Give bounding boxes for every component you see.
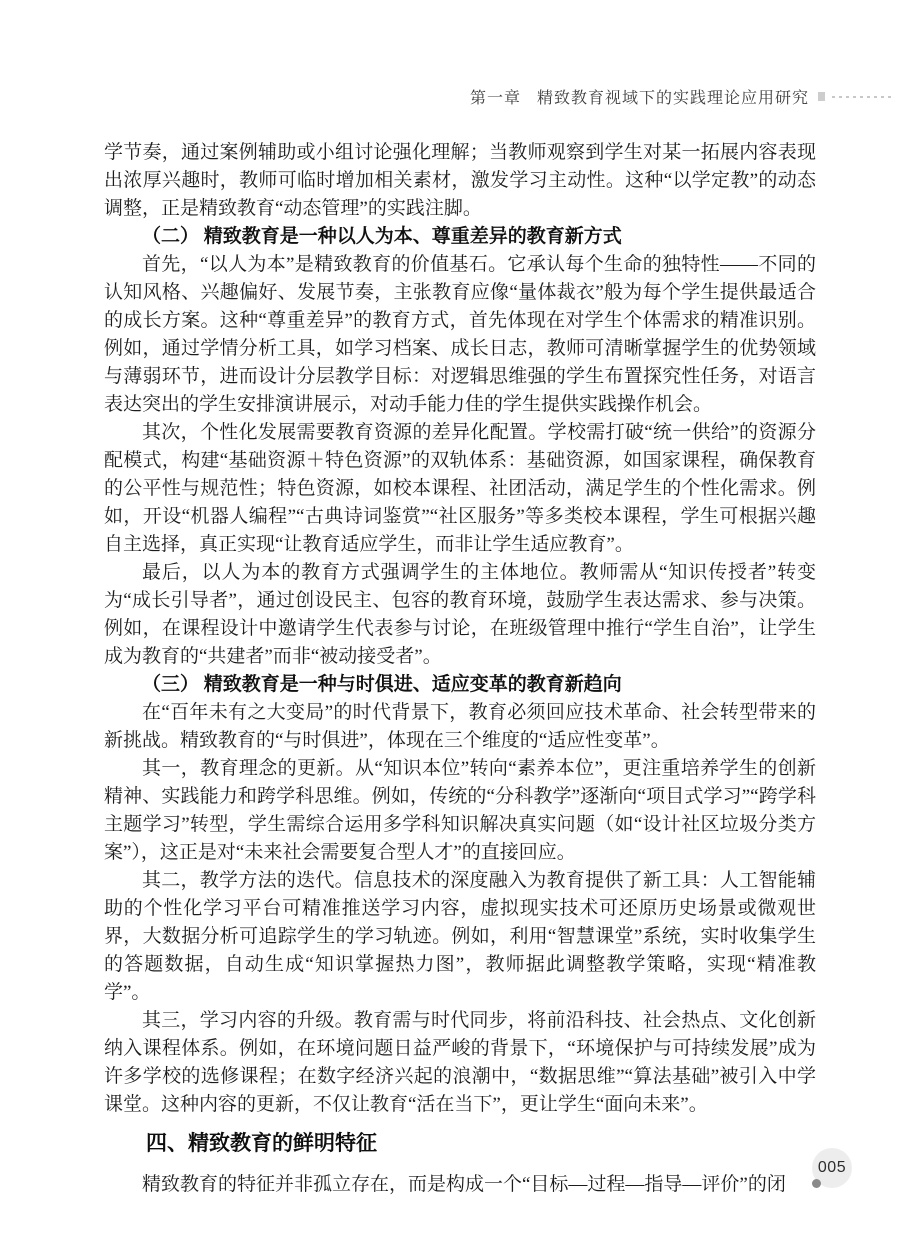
paragraph: 其二，教学方法的迭代。信息技术的深度融入为教育提供了新工具：人工智能辅助的个性化…	[104, 867, 816, 1007]
subsection-heading-2: （二） 精致教育是一种以人为本、尊重差异的教育新方式	[104, 223, 816, 251]
paragraph: 最后，以人为本的教育方式强调学生的主体地位。教师需从“知识传授者”转变为“成长引…	[104, 559, 816, 671]
chapter-label: 第一章	[470, 85, 521, 108]
subsection-heading-3: （三） 精致教育是一种与时俱进、适应变革的教育新趋向	[104, 671, 816, 699]
paragraph: 精致教育的特征并非孤立存在，而是构成一个“目标—过程—指导—评价”的闭	[104, 1171, 816, 1199]
page-body: 学节奏，通过案例辅助或小组讨论强化理解；当教师观察到学生对某一拓展内容表现出浓厚…	[104, 139, 816, 1199]
header-dashed-rule	[832, 96, 893, 98]
paragraph: 其一，教育理念的更新。从“知识本位”转向“素养本位”，更注重培养学生的创新精神、…	[104, 755, 816, 867]
chapter-title: 精致教育视域下的实践理论应用研究	[537, 85, 809, 108]
paragraph: 在“百年未有之大变局”的时代背景下，教育必须回应技术革命、社会转型带来的新挑战。…	[104, 699, 816, 755]
paragraph: 其三，学习内容的升级。教育需与时代同步，将前沿科技、社会热点、文化创新纳入课程体…	[104, 1007, 816, 1119]
paragraph: 学节奏，通过案例辅助或小组讨论强化理解；当教师观察到学生对某一拓展内容表现出浓厚…	[104, 139, 816, 223]
paragraph: 首先，“以人为本”是精致教育的价值基石。它承认每个生命的独特性——不同的认知风格…	[104, 251, 816, 419]
header-marker	[818, 92, 825, 101]
paragraph: 其次，个性化发展需要教育资源的差异化配置。学校需打破“统一供给”的资源分配模式，…	[104, 419, 816, 559]
section-heading: 四、精致教育的鲜明特征	[104, 1129, 816, 1159]
running-head: 第一章 精致教育视域下的实践理论应用研究	[0, 85, 893, 108]
page-number: 005	[818, 1159, 846, 1177]
page-number-dot	[812, 1179, 821, 1188]
